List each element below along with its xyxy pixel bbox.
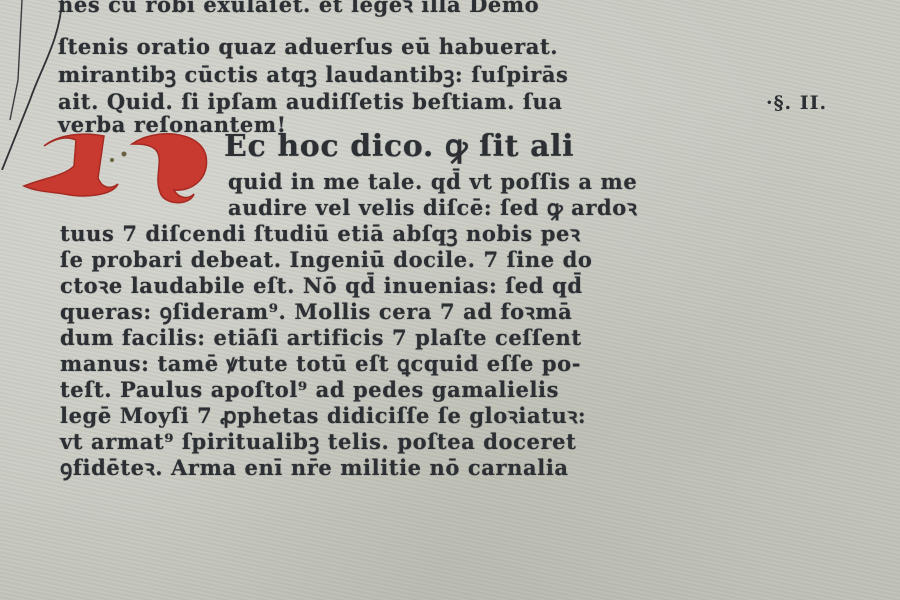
text-line-1: nes cū robi exulaſet. et legeꝛ illa Demo [58,0,539,18]
text-line-main-12: ꝯfidēteꝛ. Arma enī nr̄e militie nō carna… [60,455,569,481]
rubricated-initial-h-icon [14,126,214,208]
text-line-main-2: audire vel velis diſcē: ſed ꝙ ardoꝛ [228,195,637,221]
text-line-main-9: teſt. Paulus apoſtol⁹ ad pedes gamalieli… [60,377,559,403]
text-line-main-1: quid in me tale. qd̄ vt poſſis a me [228,169,637,195]
section-mark: ·§. II. [766,92,827,114]
text-line-3: mirantibꝫ cūctis atqꝫ laudantibꝫ: ſuſpir… [58,62,568,88]
blank-paper-margin [0,480,900,600]
text-line-main-8: manus: tamē ꝟtute totū eſt ꝗcquid eſſe p… [60,351,581,377]
text-line-main-5: ctoꝛe laudabile eſt. Nō qd̄ inuenias: ſe… [60,273,583,299]
text-line-main-3: tuus 7 diſcendi ſtudiū etiā abſqꝫ nobis … [60,221,581,247]
chapter-heading-line: Ec hoc dico. ꝙ ſit ali [224,130,574,164]
text-line-main-11: vt armat⁹ ſpiritualibꝫ telis. poſtea doc… [60,429,576,455]
text-line-2: ſtenis oratio quaz aduerſus eū habuerat. [58,34,558,60]
text-line-main-4: ſe probari debeat. Ingeniū docile. 7 ſin… [60,247,592,273]
text-line-main-10: legē Moyſi 7 ꝓphetas didiciſſe ſe gloꝛia… [60,403,586,429]
text-line-main-6: queras: ꝯſideram⁹. Mollis cera 7 ad foꝛm… [60,299,572,325]
manuscript-page: nes cū robi exulaſet. et legeꝛ illa Demo… [0,0,900,600]
text-line-main-7: dum facilis: etiāſi artificis 7 plaſte c… [60,325,582,351]
